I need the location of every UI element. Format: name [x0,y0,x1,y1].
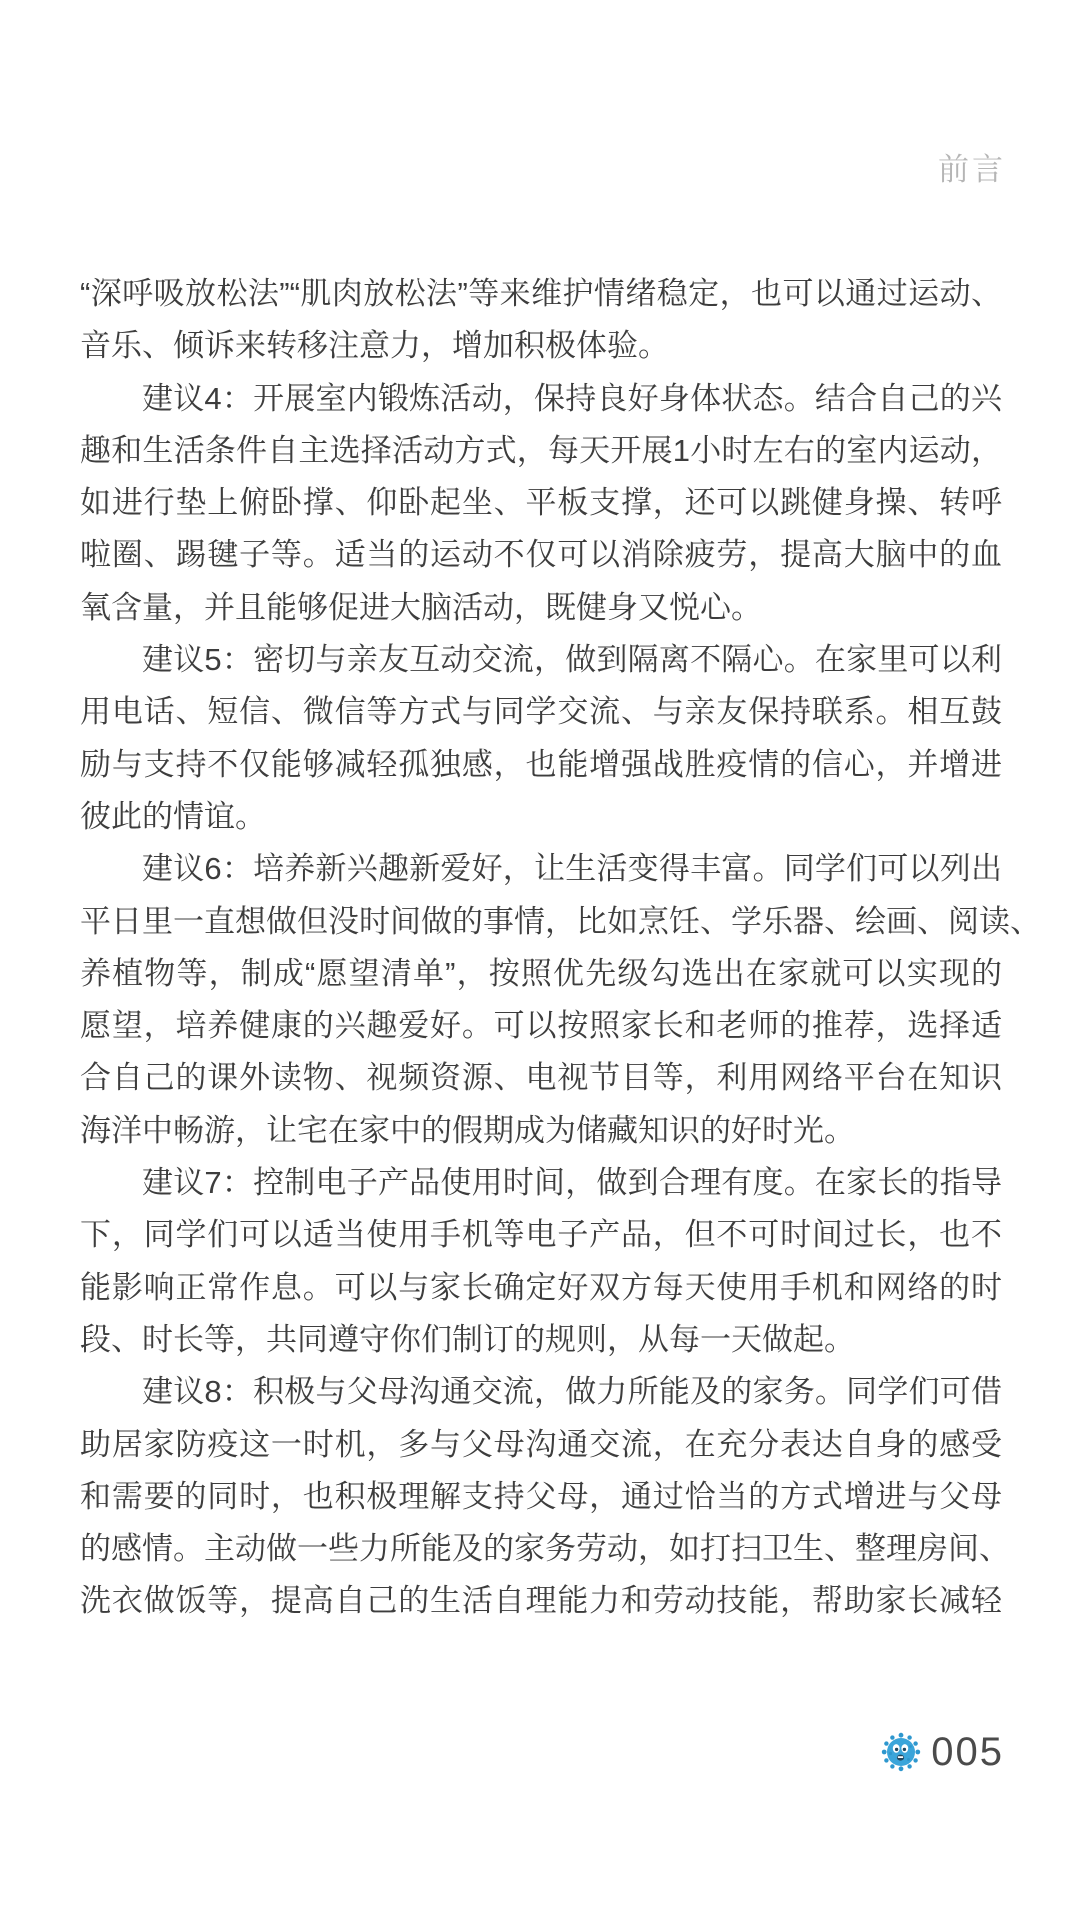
text-line: 段、时长等，共同遵守你们制订的规则，从每一天做起。 [80,1314,1002,1366]
page-footer: 005 [881,1730,1004,1774]
text-line: 氧含量，并且能够促进大脑活动，既健身又悦心。 [80,582,1002,634]
paragraph: 建议7：控制电子产品使用时间，做到合理有度。在家长的指导 下，同学们可以适当使用… [80,1157,1002,1366]
virus-icon [881,1732,921,1772]
running-head-preface: 前言 [938,144,1006,189]
text-line: 如进行垫上俯卧撑、仰卧起坐、平板支撑，还可以跳健身操、转呼 [80,477,1002,529]
paragraph: “深呼吸放松法”“肌肉放松法”等来维护情绪稳定，也可以通过运动、 音乐、倾诉来转… [80,268,1002,373]
text-line: “深呼吸放松法”“肌肉放松法”等来维护情绪稳定，也可以通过运动、 [80,268,1002,320]
text-line: 能影响正常作息。可以与家长确定好双方每天使用手机和网络的时 [80,1262,1002,1314]
text-line: 建议7：控制电子产品使用时间，做到合理有度。在家长的指导 [80,1157,1002,1209]
text-line: 下，同学们可以适当使用手机等电子产品，但不可时间过长，也不 [80,1209,1002,1261]
text-line: 洗衣做饭等，提高自己的生活自理能力和劳动技能，帮助家长减轻 [80,1575,1002,1627]
text-line: 海洋中畅游，让宅在家中的假期成为储藏知识的好时光。 [80,1105,1002,1157]
text-line: 和需要的同时，也积极理解支持父母，通过恰当的方式增进与父母 [80,1471,1002,1523]
paragraph: 建议4：开展室内锻炼活动，保持良好身体状态。结合自己的兴 趣和生活条件自主选择活… [80,373,1002,634]
text-line: 彼此的情谊。 [80,791,1002,843]
text-line: 建议8：积极与父母沟通交流，做力所能及的家务。同学们可借 [80,1366,1002,1418]
text-line: 平日里一直想做但没时间做的事情，比如烹饪、学乐器、绘画、阅读、 [80,896,1002,948]
text-line: 助居家防疫这一时机，多与父母沟通交流，在充分表达自身的感受 [80,1419,1002,1471]
text-line: 愿望，培养健康的兴趣爱好。可以按照家长和老师的推荐，选择适 [80,1000,1002,1052]
text-line: 用电话、短信、微信等方式与同学交流、与亲友保持联系。相互鼓 [80,686,1002,738]
text-line: 养植物等，制成“愿望清单”，按照优先级勾选出在家就可以实现的 [80,948,1002,1000]
text-line: 励与支持不仅能够减轻孤独感，也能增强战胜疫情的信心，并增进 [80,739,1002,791]
text-line: 建议5：密切与亲友互动交流，做到隔离不隔心。在家里可以利 [80,634,1002,686]
text-line: 音乐、倾诉来转移注意力，增加积极体验。 [80,320,1002,372]
text-line: 建议4：开展室内锻炼活动，保持良好身体状态。结合自己的兴 [80,373,1002,425]
book-page: 前言 “深呼吸放松法”“肌肉放松法”等来维护情绪稳定，也可以通过运动、 音乐、倾… [0,0,1080,1917]
page-number: 005 [931,1730,1004,1774]
text-line: 建议6：培养新兴趣新爱好，让生活变得丰富。同学们可以列出 [80,843,1002,895]
text-line: 合自己的课外读物、视频资源、电视节目等，利用网络平台在知识 [80,1052,1002,1104]
text-line: 的感情。主动做一些力所能及的家务劳动，如打扫卫生、整理房间、 [80,1523,1002,1575]
paragraph: 建议5：密切与亲友互动交流，做到隔离不隔心。在家里可以利 用电话、短信、微信等方… [80,634,1002,843]
text-line: 啦圈、踢毽子等。适当的运动不仅可以消除疲劳，提高大脑中的血 [80,529,1002,581]
paragraph: 建议6：培养新兴趣新爱好，让生活变得丰富。同学们可以列出 平日里一直想做但没时间… [80,843,1002,1157]
text-line: 趣和生活条件自主选择活动方式，每天开展1小时左右的室内运动， [80,425,1002,477]
paragraph: 建议8：积极与父母沟通交流，做力所能及的家务。同学们可借 助居家防疫这一时机，多… [80,1366,1002,1627]
page-body-text: “深呼吸放松法”“肌肉放松法”等来维护情绪稳定，也可以通过运动、 音乐、倾诉来转… [80,268,1002,1628]
